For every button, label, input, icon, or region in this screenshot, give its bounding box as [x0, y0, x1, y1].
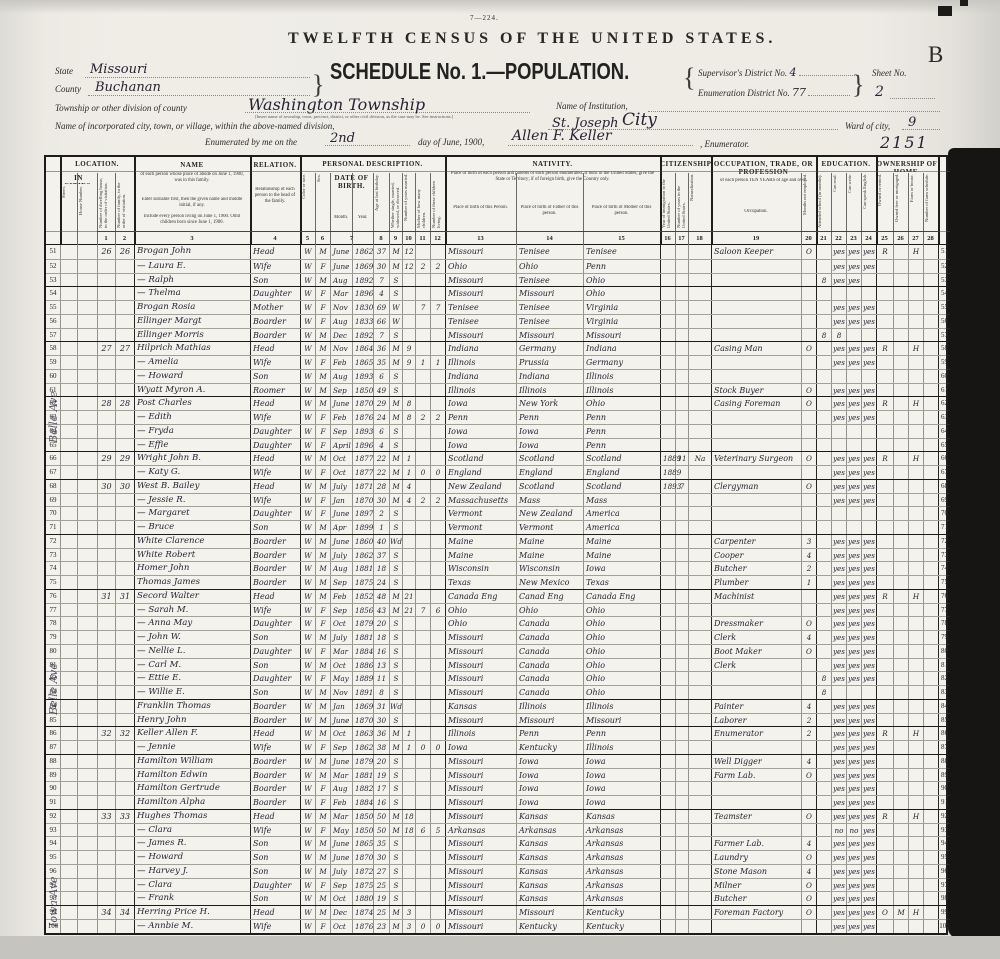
cell-dw: 33 — [97, 810, 115, 823]
cell-ym: 21 — [402, 590, 415, 603]
cell-mtg — [893, 562, 908, 575]
cell-imm — [660, 535, 675, 548]
cell-own — [876, 714, 893, 727]
cell-n: 70 — [938, 507, 950, 520]
cell-yr: 1850 — [352, 384, 373, 397]
cell-pom: Illinois — [583, 700, 660, 713]
cell-pof: Tenisee — [516, 301, 583, 314]
col-label-m: Whether single, married, widowed, or div… — [389, 173, 402, 229]
cell-rel: Daughter — [250, 617, 300, 630]
cell-fam — [115, 315, 134, 328]
cell-farm — [908, 865, 923, 878]
cell-pof: Kansas — [516, 837, 583, 850]
column-number-s: 6 — [315, 231, 330, 245]
person-row: 60— HowardSonWMAug18936SIndianaIndianaIl… — [46, 369, 950, 383]
cell-own: R — [876, 810, 893, 823]
cell-mne — [801, 521, 816, 534]
cell-fs — [923, 782, 938, 795]
cell-occ: Laborer — [711, 714, 801, 727]
person-row: 85Henry JohnBoarderWMJune187030SMissouri… — [46, 713, 950, 727]
cell-pob: Iowa — [445, 397, 516, 410]
cell-pom: America — [583, 507, 660, 520]
cell-pom: Arkansas — [583, 837, 660, 850]
cell-pof: Missouri — [516, 906, 583, 919]
cell-farm: H — [908, 727, 923, 740]
cell-cl — [430, 535, 445, 548]
cell-own — [876, 892, 893, 905]
cell-pof: Kentucky — [516, 741, 583, 754]
cell-mc — [415, 590, 430, 603]
cell-pob: Missouri — [445, 906, 516, 919]
person-row: 863232Keller Allen F.HeadWMOct186336M1Il… — [46, 726, 950, 740]
cell-street — [60, 824, 77, 837]
cell-pof: Iowa — [516, 425, 583, 438]
cell-ym — [402, 370, 415, 383]
cell-name: — Jessie R. — [134, 494, 250, 507]
cell-own — [876, 824, 893, 837]
cell-n: 99 — [938, 906, 950, 919]
cell-occ — [711, 672, 801, 685]
cell-imm — [660, 755, 675, 768]
cell-house — [77, 755, 97, 768]
person-row: 79— John W.SonWMJuly188118SMissouriCanad… — [46, 630, 950, 644]
cell-pom: Ohio — [583, 604, 660, 617]
cell-m: M — [389, 245, 402, 259]
cell-en: yes — [861, 590, 876, 603]
cell-rel: Daughter — [250, 439, 300, 452]
cell-own — [876, 439, 893, 452]
column-number-sch: 21 — [816, 231, 831, 245]
cell-street — [60, 920, 77, 933]
cell-n: 85 — [938, 714, 950, 727]
cell-cl — [430, 245, 445, 259]
cell-rd: yes — [831, 755, 846, 768]
col-label-mtg: Owned free or mortgaged. — [893, 173, 908, 229]
cell-imm — [660, 810, 675, 823]
cell-cl — [430, 631, 445, 644]
cell-ym — [402, 892, 415, 905]
cell-pof: New York — [516, 397, 583, 410]
cell-imm — [660, 521, 675, 534]
cell-ym: 12 — [402, 245, 415, 259]
cell-cl — [430, 274, 445, 287]
cell-yr: 1899 — [352, 521, 373, 534]
name-desc: Include every person living on June 1, 1… — [134, 214, 250, 230]
cell-street — [60, 659, 77, 672]
cell-nat — [688, 535, 711, 548]
cell-street — [60, 397, 77, 410]
cell-yus — [675, 892, 688, 905]
cell-rd: yes — [831, 397, 846, 410]
cell-mne: 3 — [801, 535, 816, 548]
cell-own — [876, 604, 893, 617]
cell-age: 22 — [373, 466, 389, 479]
col-label-dw: Number of dwelling house, in the order o… — [97, 173, 115, 229]
cell-occ: Carpenter — [711, 535, 801, 548]
cell-mc — [415, 315, 430, 328]
cell-yus — [675, 301, 688, 314]
column-number-wr: 23 — [846, 231, 861, 245]
cell-en: yes — [861, 796, 876, 809]
cell-fam — [115, 384, 134, 397]
cell-imm — [660, 741, 675, 754]
cell-rel: Head — [250, 397, 300, 410]
relation-desc: Relationship of each person to the head … — [250, 187, 300, 217]
cell-own — [876, 301, 893, 314]
cell-age: 31 — [373, 700, 389, 713]
cell-occ: Teamster — [711, 810, 801, 823]
cell-mtg — [893, 466, 908, 479]
cell-mo: Mar — [330, 287, 352, 300]
cell-imm — [660, 851, 675, 864]
cell-n: 92 — [938, 810, 950, 823]
cell-age: 50 — [373, 824, 389, 837]
cell-en: yes — [861, 535, 876, 548]
cell-mne — [801, 287, 816, 300]
cell-yus — [675, 507, 688, 520]
cell-cl — [430, 425, 445, 438]
cell-s: F — [315, 604, 330, 617]
cell-own — [876, 782, 893, 795]
cell-en: yes — [861, 714, 876, 727]
cell-occ: Butcher — [711, 562, 801, 575]
cell-name: — Laura E. — [134, 260, 250, 273]
person-row: 96— Harvey J.SonWMJuly187227SMissouriKan… — [46, 864, 950, 878]
cell-rel: Mother — [250, 301, 300, 314]
cell-age: 8 — [373, 686, 389, 699]
cell-m: M — [389, 810, 402, 823]
cell-fs — [923, 920, 938, 933]
col-label-yus: Number of years in the United States. — [675, 173, 688, 229]
cell-yus — [675, 411, 688, 424]
cell-yr: 1891 — [352, 686, 373, 699]
cell-rd: yes — [831, 604, 846, 617]
dotted-line — [808, 95, 850, 96]
cell-house — [77, 631, 97, 644]
person-row: 94— James R.SonWMJune186535SMissouriKans… — [46, 836, 950, 850]
cell-nat — [688, 727, 711, 740]
cell-m: M — [389, 411, 402, 424]
cell-en: yes — [861, 810, 876, 823]
cell-yus — [675, 617, 688, 630]
cell-mtg — [893, 741, 908, 754]
nativity-desc: Place of birth of each person and parent… — [445, 171, 660, 193]
cell-street — [60, 782, 77, 795]
column-number-pof: 14 — [516, 231, 583, 245]
cell-yus — [675, 851, 688, 864]
cell-mne — [801, 920, 816, 933]
cell-en: yes — [861, 480, 876, 493]
cell-pob: Illinois — [445, 384, 516, 397]
cell-own — [876, 356, 893, 369]
cell-farm: H — [908, 342, 923, 355]
cell-pob: Missouri — [445, 892, 516, 905]
cell-name: — Harvey J. — [134, 865, 250, 878]
cell-pof: Iowa — [516, 769, 583, 782]
cell-house — [77, 356, 97, 369]
cell-age: 48 — [373, 590, 389, 603]
cell-dw — [97, 672, 115, 685]
cell-fam — [115, 892, 134, 905]
cell-sch — [816, 507, 831, 520]
cell-dw — [97, 356, 115, 369]
cell-m: S — [389, 507, 402, 520]
cell-farm — [908, 837, 923, 850]
dotted-line — [799, 75, 859, 76]
cell-n: 65 — [938, 439, 950, 452]
cell-s: F — [315, 782, 330, 795]
cell-mtg — [893, 727, 908, 740]
cell-yus — [675, 260, 688, 273]
cell-yr: 1879 — [352, 755, 373, 768]
cell-pob: Vermont — [445, 521, 516, 534]
person-row: 69— Jessie R.WifeWFJan187030M422Massachu… — [46, 493, 950, 507]
cell-name: — Effie — [134, 439, 250, 452]
cell-age: 27 — [373, 865, 389, 878]
cell-imm — [660, 672, 675, 685]
street-name-note: Belle Ave — [47, 545, 60, 715]
cell-yus — [675, 604, 688, 617]
cell-pom: Arkansas — [583, 865, 660, 878]
column-number-en: 24 — [861, 231, 876, 245]
cell-mtg — [893, 631, 908, 644]
cell-street — [60, 810, 77, 823]
cell-c: W — [300, 480, 315, 493]
cell-m: S — [389, 892, 402, 905]
cell-m: M — [389, 397, 402, 410]
cell-ym — [402, 439, 415, 452]
person-row: 65— EffieDaughterWFApril18964SIowaIowaPe… — [46, 438, 950, 452]
cell-street — [60, 494, 77, 507]
cell-cl — [430, 617, 445, 630]
cell-fam — [115, 549, 134, 562]
cell-yr: 1893 — [352, 370, 373, 383]
pom-label: Place of birth of Mother of this person. — [583, 205, 660, 227]
cell-c: W — [300, 879, 315, 892]
cell-pob: England — [445, 466, 516, 479]
cell-street — [60, 906, 77, 919]
cell-cl — [430, 672, 445, 685]
cell-fs — [923, 274, 938, 287]
cell-pob: Vermont — [445, 507, 516, 520]
cell-house — [77, 714, 97, 727]
cell-mc — [415, 631, 430, 644]
cell-age: 36 — [373, 727, 389, 740]
cell-mo: June — [330, 260, 352, 273]
cell-c: W — [300, 851, 315, 864]
cell-age: 7 — [373, 329, 389, 342]
cell-age: 19 — [373, 769, 389, 782]
cell-nat — [688, 301, 711, 314]
cell-yr: 1884 — [352, 796, 373, 809]
cell-pof: Tenisee — [516, 274, 583, 287]
cell-mne: 4 — [801, 837, 816, 850]
col-label-street: Street. — [60, 185, 77, 229]
cell-mtg — [893, 865, 908, 878]
cell-n: 74 — [938, 562, 950, 575]
cell-mc: 1 — [415, 356, 430, 369]
cell-n: 97 — [938, 879, 950, 892]
cell-yr: 1870 — [352, 397, 373, 410]
cell-rel: Son — [250, 521, 300, 534]
cell-yus — [675, 879, 688, 892]
cell-mc — [415, 480, 430, 493]
cell-mtg — [893, 397, 908, 410]
cell-house — [77, 824, 97, 837]
cell-mne — [801, 659, 816, 672]
cell-en: yes — [861, 920, 876, 933]
cell-pob: Missouri — [445, 659, 516, 672]
cell-ym — [402, 645, 415, 658]
cell-yr: 1881 — [352, 631, 373, 644]
cell-n: 71 — [46, 521, 60, 534]
cell-mc — [415, 274, 430, 287]
cell-rd: yes — [831, 452, 846, 465]
cell-age: 20 — [373, 755, 389, 768]
cell-house — [77, 260, 97, 273]
cell-yus — [675, 274, 688, 287]
cell-street — [60, 796, 77, 809]
cell-ym — [402, 769, 415, 782]
cell-farm — [908, 892, 923, 905]
cell-yr: 1862 — [352, 245, 373, 259]
cell-farm: H — [908, 245, 923, 259]
person-row: 84Franklin ThomasBoarderWMJan186931WdKan… — [46, 699, 950, 713]
cell-mne — [801, 301, 816, 314]
form-number: 7—224. — [470, 14, 499, 22]
cell-name: — Frank — [134, 892, 250, 905]
cell-fam — [115, 617, 134, 630]
cell-own — [876, 507, 893, 520]
cell-nat — [688, 562, 711, 575]
cell-fam — [115, 645, 134, 658]
cell-mne — [801, 466, 816, 479]
cell-pof: Indiana — [516, 370, 583, 383]
cell-own — [876, 329, 893, 342]
cell-fs — [923, 851, 938, 864]
cell-name: — Clara — [134, 824, 250, 837]
cell-nat — [688, 342, 711, 355]
cell-fam — [115, 700, 134, 713]
cell-imm: 1889 — [660, 466, 675, 479]
cell-en: yes — [861, 782, 876, 795]
cell-mo: Feb — [330, 590, 352, 603]
cell-house — [77, 549, 97, 562]
cell-m: M — [389, 741, 402, 754]
cell-wr: yes — [846, 452, 861, 465]
cell-mtg — [893, 535, 908, 548]
cell-s: M — [315, 245, 330, 259]
person-row: 89Hamilton EdwinBoarderWMMar188119SMisso… — [46, 768, 950, 782]
cell-fs — [923, 356, 938, 369]
cell-imm — [660, 425, 675, 438]
cell-cl — [430, 782, 445, 795]
cell-nat — [688, 892, 711, 905]
cell-cl — [430, 315, 445, 328]
cell-street — [60, 604, 77, 617]
cell-ym: 3 — [402, 920, 415, 933]
cell-sch: 8 — [816, 274, 831, 287]
cell-n: 75 — [938, 576, 950, 589]
cell-mtg — [893, 686, 908, 699]
cell-pob: Indiana — [445, 342, 516, 355]
cell-en: yes — [861, 549, 876, 562]
cell-pob: New Zealand — [445, 480, 516, 493]
cell-pof: Maine — [516, 549, 583, 562]
cell-yr: 1850 — [352, 824, 373, 837]
person-row: 54— ThelmaDaughterWFMar18964SMissouriMis… — [46, 286, 950, 300]
cell-mo: Mar — [330, 810, 352, 823]
cell-yus — [675, 686, 688, 699]
cell-mne: O — [801, 879, 816, 892]
cell-wr: yes — [846, 755, 861, 768]
person-row: 71— BruceSonWMApr18991SVermontVermontAme… — [46, 520, 950, 534]
cell-mne — [801, 604, 816, 617]
cell-own — [876, 617, 893, 630]
cell-dw — [97, 714, 115, 727]
cell-n: 87 — [46, 741, 60, 754]
person-row: 582727Hilprich MathiasHeadWMNov186436M9I… — [46, 341, 950, 355]
cell-own — [876, 837, 893, 850]
cell-pof: Iowa — [516, 439, 583, 452]
cell-wr — [846, 521, 861, 534]
cell-mtg — [893, 245, 908, 259]
cell-wr: yes — [846, 480, 861, 493]
cell-en: yes — [861, 631, 876, 644]
cell-age: 17 — [373, 782, 389, 795]
cell-nat — [688, 384, 711, 397]
cell-rel: Daughter — [250, 287, 300, 300]
cell-imm — [660, 892, 675, 905]
cell-yus — [675, 549, 688, 562]
cell-mc: 0 — [415, 741, 430, 754]
cell-imm — [660, 769, 675, 782]
cell-fam — [115, 576, 134, 589]
cell-m: M — [389, 727, 402, 740]
cell-house — [77, 796, 97, 809]
cell-s: F — [315, 287, 330, 300]
person-row: 64— FrydaDaughterWFSep18936SIowaIowaPenn… — [46, 424, 950, 438]
cell-imm — [660, 245, 675, 259]
cell-mc — [415, 906, 430, 919]
cell-name: — James R. — [134, 837, 250, 850]
cell-mo: Jan — [330, 700, 352, 713]
cell-m: M — [389, 342, 402, 355]
cell-wr: yes — [846, 906, 861, 919]
cell-rd: yes — [831, 659, 846, 672]
cell-cl: 5 — [430, 824, 445, 837]
cell-nat — [688, 686, 711, 699]
cell-yus — [675, 315, 688, 328]
cell-yus — [675, 824, 688, 837]
cell-mc: 7 — [415, 301, 430, 314]
cell-pom: Illinois — [583, 384, 660, 397]
cell-pof: Ohio — [516, 604, 583, 617]
cell-rd: yes — [831, 590, 846, 603]
cell-wr: yes — [846, 301, 861, 314]
cell-fs — [923, 397, 938, 410]
cell-cl — [430, 686, 445, 699]
cell-name: — Willie E. — [134, 686, 250, 699]
cell-pom: Penn — [583, 439, 660, 452]
enumeration-district-line: Enumeration District No. 77 — [698, 86, 850, 99]
cell-cl — [430, 507, 445, 520]
cell-s: M — [315, 892, 330, 905]
cell-farm: H — [908, 452, 923, 465]
cell-rel: Boarder — [250, 576, 300, 589]
cell-mtg — [893, 439, 908, 452]
cell-pob: Ohio — [445, 260, 516, 273]
